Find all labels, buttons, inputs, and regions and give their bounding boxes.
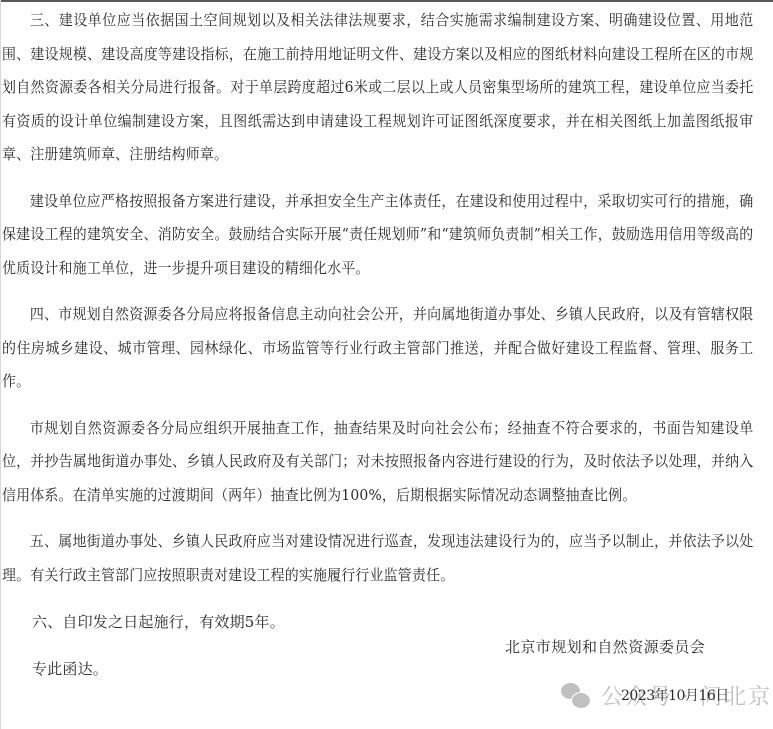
paragraph-section-5: 五、属地街道办事处、乡镇人民政府应当对建设情况进行巡查，发现违法建设行为的，应当… [2,525,753,592]
paragraph-section-3: 三、建设单位应当依据国土空间规划以及相关法律法规要求，结合实施需求编制建设方案、… [2,4,753,172]
paragraph-section-3-continued: 建设单位应严格按照报备方案进行建设，并承担安全生产主体责任，在建设和使用过程中，… [2,185,753,286]
paragraph-section-6: 六、自印发之日起施行，有效期5年。 [2,606,754,639]
left-border [0,0,1,729]
paragraph-section-4: 四、市规划自然资源委各分局应将报备信息主动向社会公开，并向属地街道办事处、乡镇人… [2,298,753,399]
document-date: 2023年10月16日 [621,685,729,705]
top-border [0,0,773,2]
signature: 北京市规划和自然资源委员会 [505,636,705,657]
wechat-icon [561,683,591,709]
paragraph-section-4-continued: 市规划自然资源委各分局应组织开展抽查工作，抽查结果及时向社会公布；经抽查不符合要… [2,412,753,513]
document-body: 三、建设单位应当依据国土空间规划以及相关法律法规要求，结合实施需求编制建设方案、… [2,4,754,686]
